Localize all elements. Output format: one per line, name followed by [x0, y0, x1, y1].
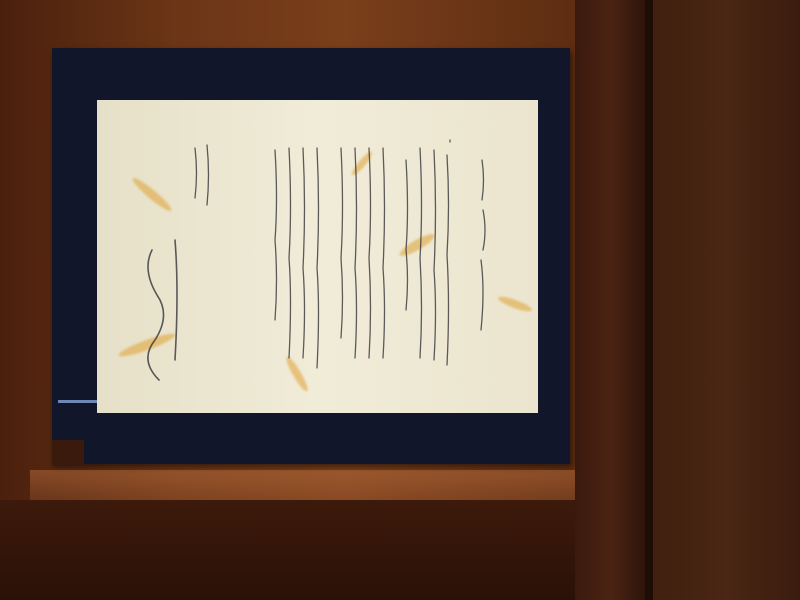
wood-groove: [645, 0, 653, 600]
wood-panel-right: [653, 0, 800, 600]
frame-damaged-corner: [52, 440, 84, 466]
frame-reflection: [58, 400, 98, 403]
wood-shadow: [0, 500, 575, 600]
wood-edge-strip: [575, 0, 647, 600]
letter-paper: [97, 100, 538, 413]
handwriting: [97, 100, 538, 413]
